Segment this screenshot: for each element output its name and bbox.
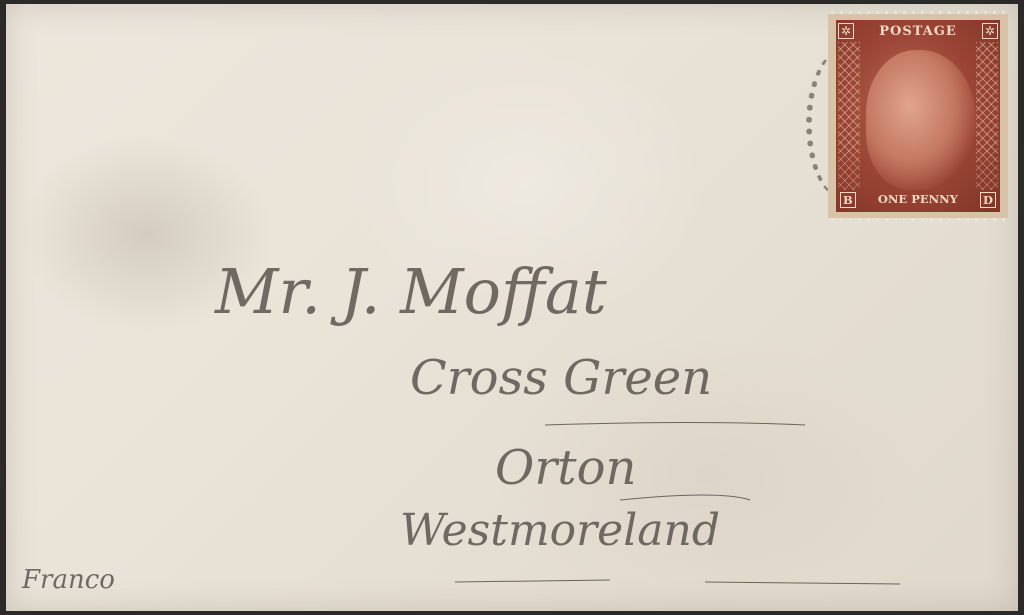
underline-strokes: [0, 0, 1024, 615]
